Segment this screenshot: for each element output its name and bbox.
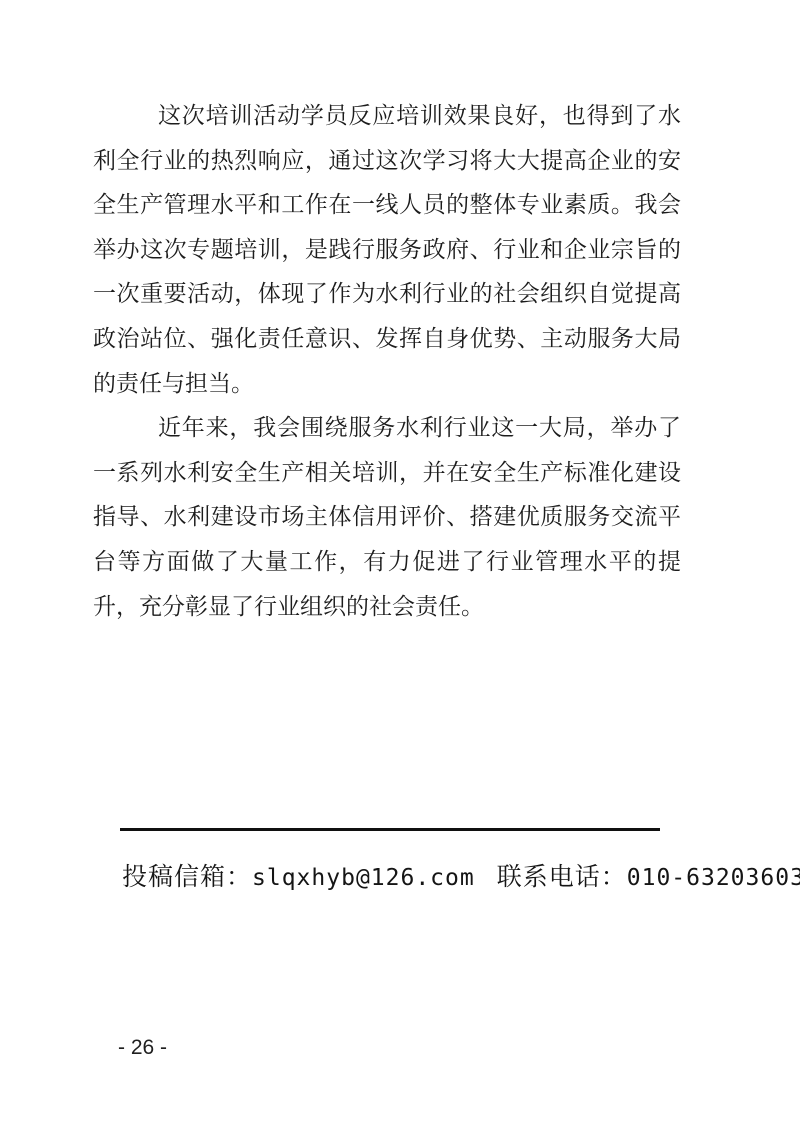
paragraph-recent-years: 近年来，我会围绕服务水利行业这一大局，举办了一系列水利安全生产相关培训，并在安全… [93, 406, 681, 629]
page-number: - 26 - [118, 1036, 167, 1060]
footer-contact: 投稿信箱：slqxhyb@126.com联系电话：010-63203603 [122, 857, 722, 893]
phone-label: 联系电话： [497, 862, 627, 891]
mailbox-label: 投稿信箱： [122, 862, 252, 891]
article-body: 这次培训活动学员反应培训效果良好，也得到了水利全行业的热烈响应，通过这次学习将大… [93, 94, 681, 629]
phone-number: 010-63203603 [627, 865, 800, 891]
mailbox-email: slqxhyb@126.com [252, 865, 475, 891]
paragraph-training-feedback: 这次培训活动学员反应培训效果良好，也得到了水利全行业的热烈响应，通过这次学习将大… [93, 94, 681, 406]
document-page: 这次培训活动学员反应培训效果良好，也得到了水利全行业的热烈响应，通过这次学习将大… [0, 0, 800, 1131]
footer-divider [120, 828, 660, 831]
